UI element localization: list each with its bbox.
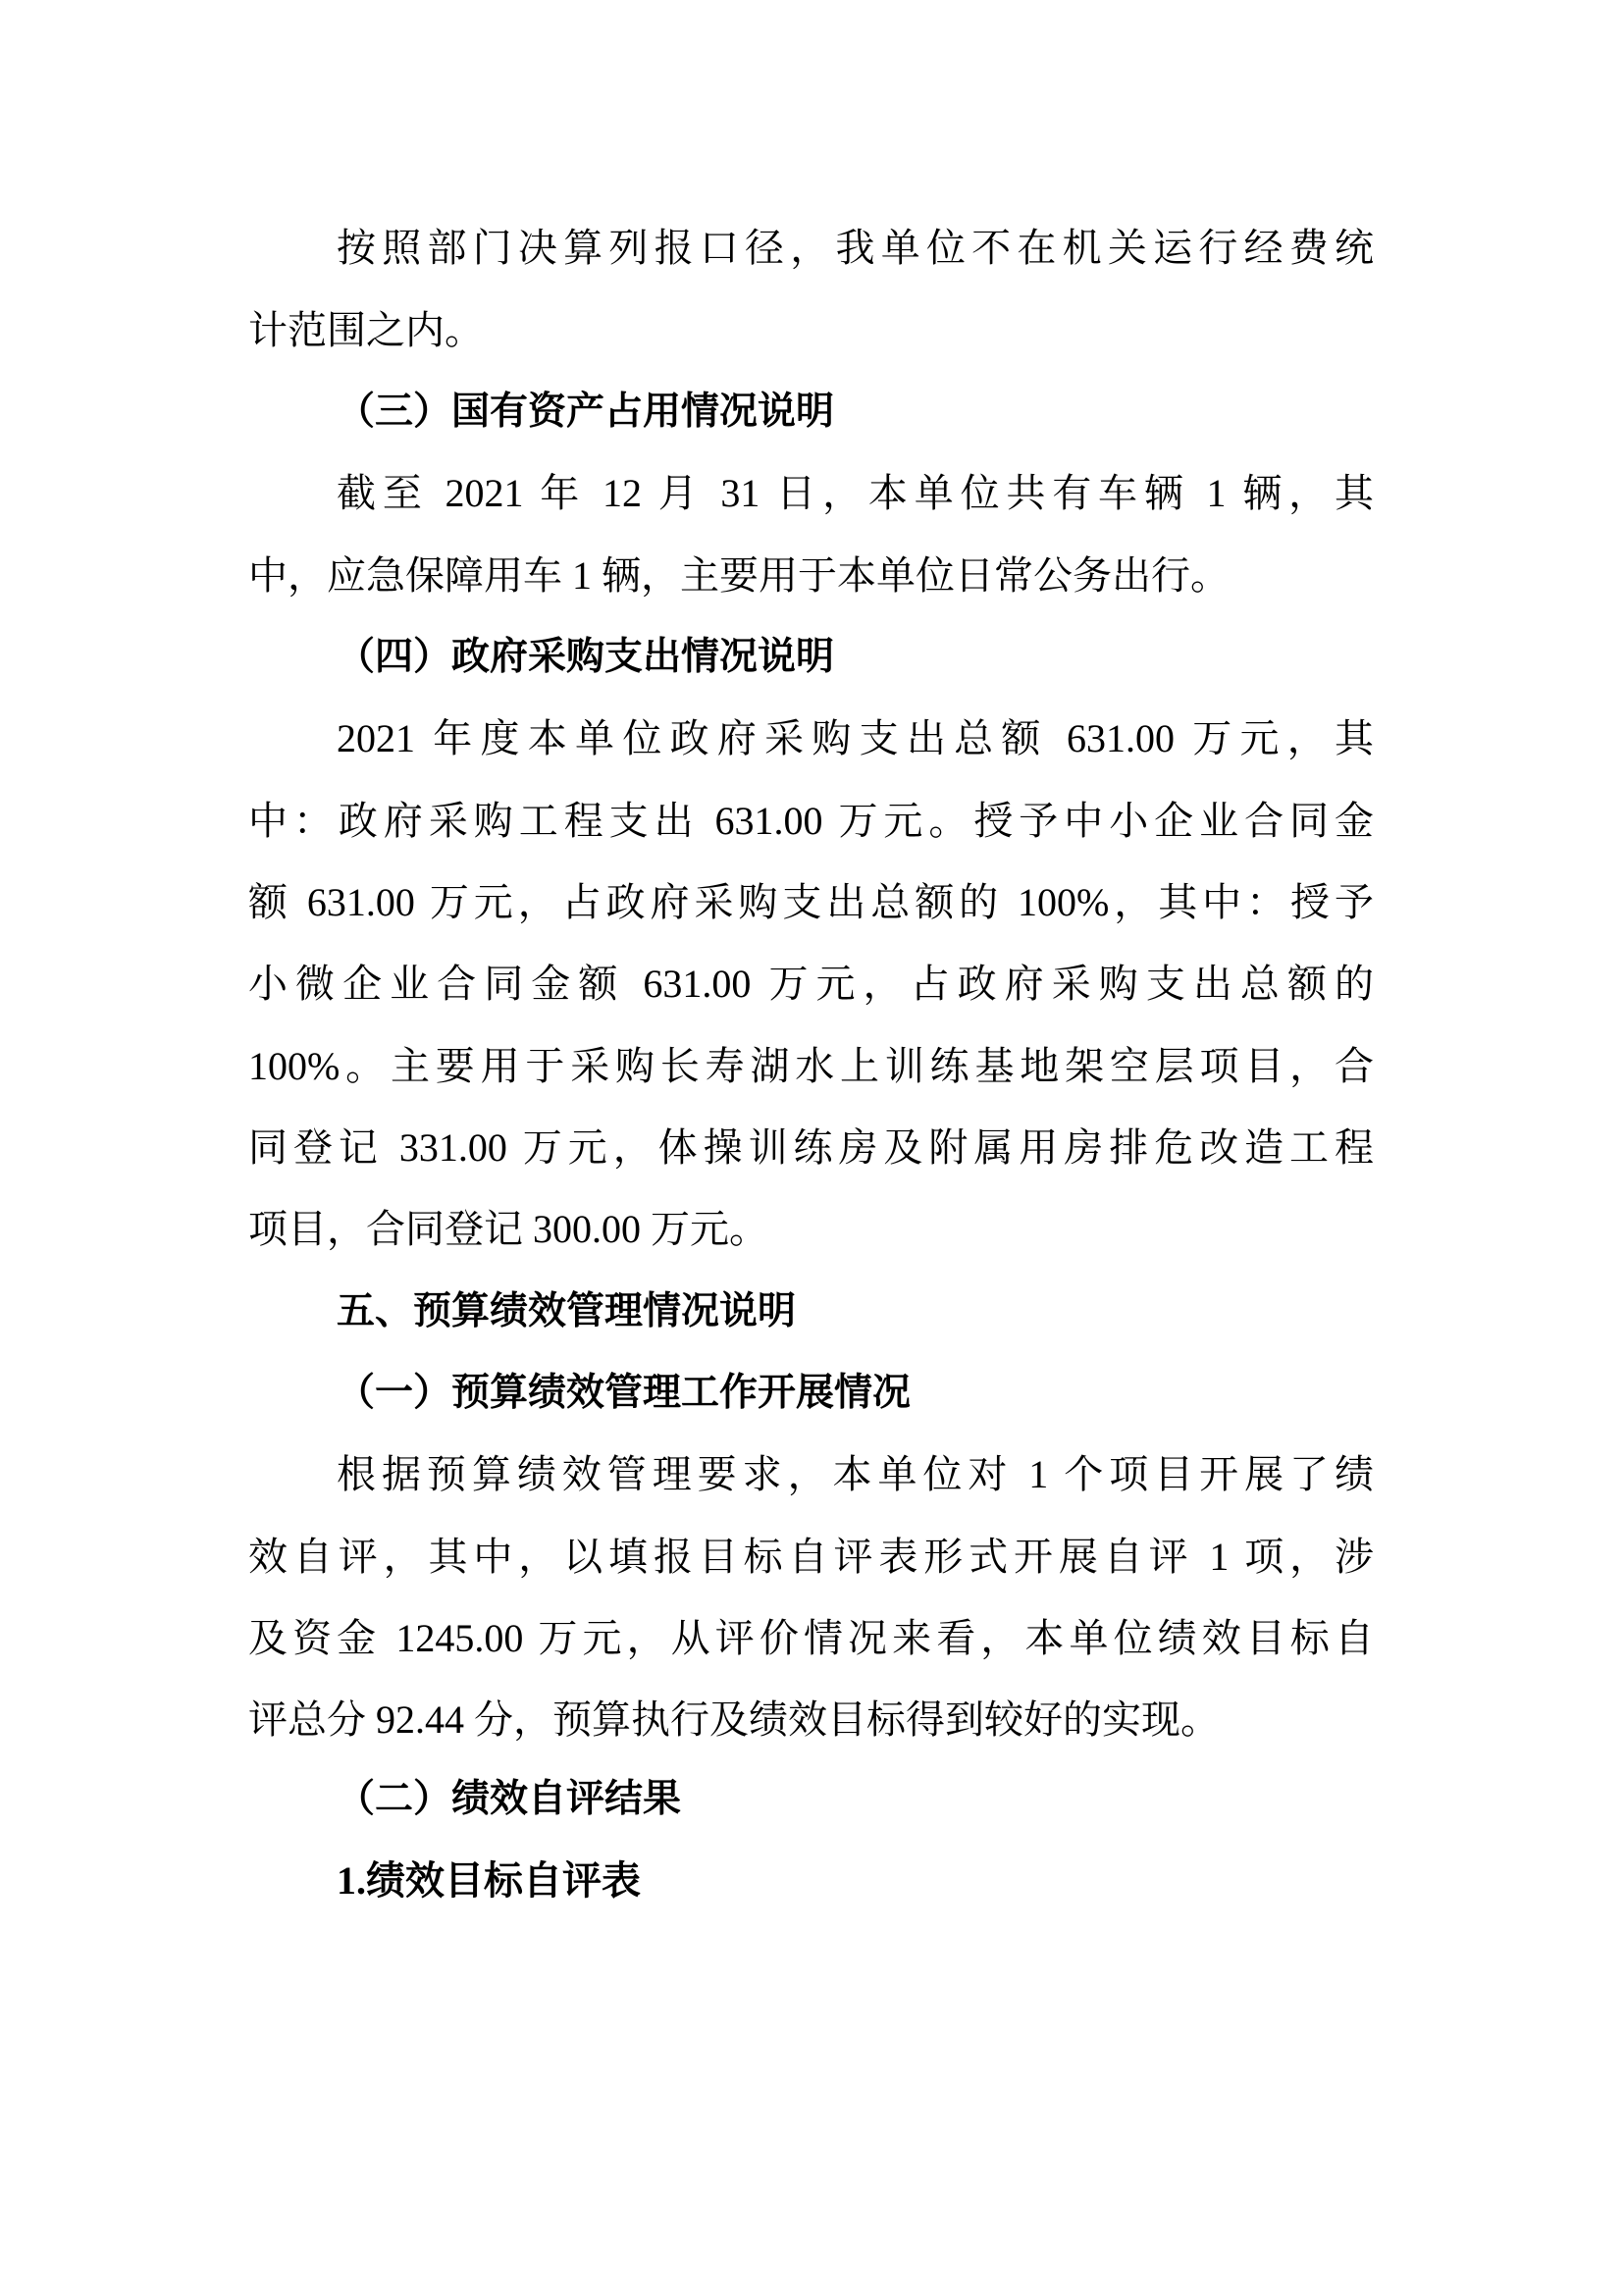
section-heading-assets: （三）国有资产占用情况说明 [337,371,1374,453]
body-line: 小微企业合同金额 631.00 万元，占政府采购支出总额的 [248,943,1374,1025]
body-line: 评总分 92.44 分，预算执行及绩效目标得到较好的实现。 [248,1679,1374,1761]
body-line: 按照部门决算列报口径，我单位不在机关运行经费统 [337,207,1374,289]
body-line: 中，应急保障用车 1 辆，主要用于本单位日常公务出行。 [248,535,1374,617]
body-line: 计范围之内。 [248,289,1374,372]
body-line: 及资金 1245.00 万元，从评价情况来看，本单位绩效目标自 [248,1597,1374,1680]
section-heading-procurement: （四）政府采购支出情况说明 [337,616,1374,699]
section-heading-self-eval: （二）绩效自评结果 [337,1758,1374,1841]
body-line: 100%。主要用于采购长寿湖水上训练基地架空层项目，合 [248,1025,1374,1108]
subsection-heading-self-eval-table: 1.绩效目标自评表 [337,1840,1374,1922]
body-line: 中：政府采购工程支出 631.00 万元。授予中小企业合同金 [248,780,1374,862]
chapter-heading-performance: 五、预算绩效管理情况说明 [337,1271,1374,1353]
body-line: 根据预算绩效管理要求，本单位对 1 个项目开展了绩 [337,1434,1374,1516]
document-page: 按照部门决算列报口径，我单位不在机关运行经费统 计范围之内。 （三）国有资产占用… [0,0,1624,2296]
body-line: 额 631.00 万元，占政府采购支出总额的 100%，其中：授予 [248,861,1374,944]
body-line: 效自评，其中，以填报目标自评表形式开展自评 1 项，涉 [248,1516,1374,1598]
body-line: 截至 2021 年 12 月 31 日，本单位共有车辆 1 辆，其 [337,452,1374,535]
section-heading-performance-work: （一）预算绩效管理工作开展情况 [337,1352,1374,1435]
body-line: 同登记 331.00 万元，体操训练房及附属用房排危改造工程 [248,1107,1374,1189]
body-line: 项目，合同登记 300.00 万元。 [248,1188,1374,1271]
body-line: 2021 年度本单位政府采购支出总额 631.00 万元，其 [337,698,1374,780]
